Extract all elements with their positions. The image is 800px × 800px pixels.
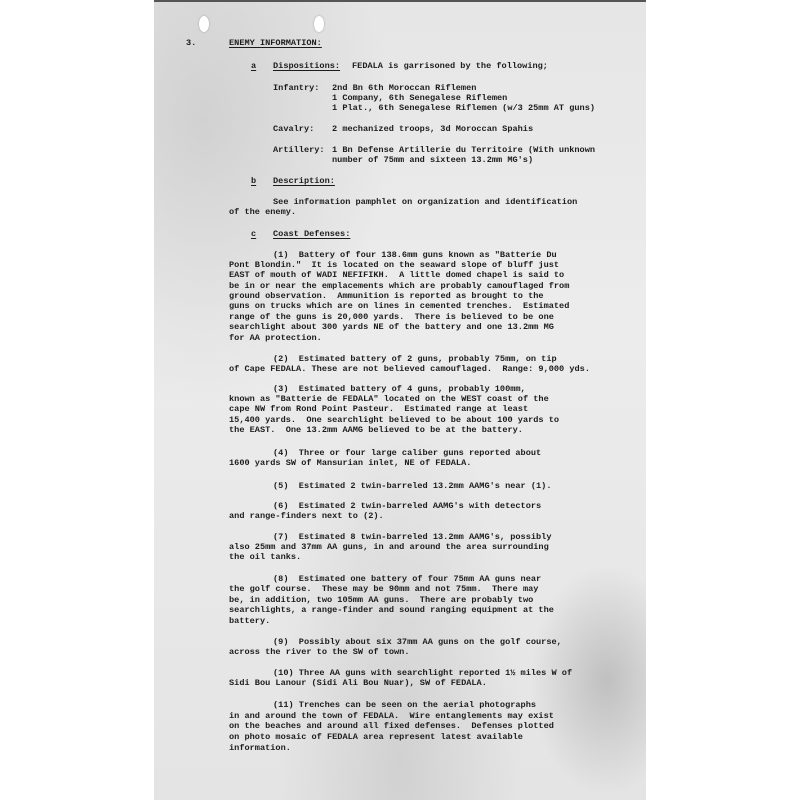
coast-defense-item-11: information. [229, 743, 291, 753]
subsection-a-letter: a [251, 61, 256, 71]
subsection-c-letter: c [251, 229, 256, 239]
coast-defense-item-8: be, in addition, two 105mm AA guns. Ther… [229, 595, 533, 605]
coast-defense-item-9: (9) Possibly about six 37mm AA guns on t… [273, 637, 562, 647]
description-heading: Description: [273, 176, 335, 186]
coast-defense-item-3: known as "Batterie de FEDALA" located on… [229, 394, 549, 404]
description-line: See information pamphlet on organization… [273, 197, 577, 207]
coast-defense-item-11: on the beaches and around all fixed defe… [229, 721, 554, 731]
coast-defense-item-10: Sidi Bou Lanour (Sidi Ali Bou Nuar), SW … [229, 678, 487, 688]
coast-defense-item-7: (7) Estimated 8 twin-barreled 13.2mm AAM… [273, 532, 551, 542]
coast-defense-item-2: of Cape FEDALA. These are not believed c… [229, 364, 590, 374]
cavalry-label: Cavalry: [273, 124, 314, 134]
coast-defense-item-3: the EAST. One 13.2mm AAMG believed to be… [229, 425, 523, 435]
coast-defense-item-11: in and around the town of FEDALA. Wire e… [229, 711, 554, 721]
coast-defense-item-3: 15,400 yards. One searchlight believed t… [229, 415, 559, 425]
coast-defense-item-2: (2) Estimated battery of 2 guns, probabl… [273, 354, 557, 364]
section-title: ENEMY INFORMATION: [229, 38, 322, 48]
artillery-line: 1 Bn Defense Artillerie du Territoire (W… [332, 145, 595, 155]
infantry-line: 1 Plat., 6th Senegalese Riflemen (w/3 25… [332, 103, 595, 113]
coast-defense-item-1: (1) Battery of four 138.6mm guns known a… [273, 250, 557, 260]
coast-defense-item-1: be in or near the emplacements which are… [229, 281, 569, 291]
coast-defense-item-4: 1600 yards SW of Mansurian inlet, NE of … [229, 458, 471, 468]
description-line: of the enemy. [229, 207, 296, 217]
infantry-line: 1 Company, 6th Senegalese Riflemen [332, 93, 507, 103]
coast-defense-item-6: and range-finders next to (2). [229, 511, 384, 521]
cavalry-value: 2 mechanized troops, 3d Moroccan Spahis [332, 124, 533, 134]
punch-hole-left [199, 16, 209, 32]
coast-defense-item-1: EAST of mouth of WADI NEFIFIKH. A little… [229, 270, 564, 280]
artillery-label: Artillery: [273, 145, 325, 155]
subsection-b-letter: b [251, 176, 256, 186]
coast-defense-item-9: across the river to the SW of town. [229, 647, 410, 657]
coast-defense-item-10: (10) Three AA guns with searchlight repo… [273, 668, 572, 678]
coast-defense-item-1: searchlight about 300 yards NE of the ba… [229, 322, 554, 332]
coast-defense-item-11: on photo mosaic of FEDALA area represent… [229, 732, 523, 742]
coast-defense-item-4: (4) Three or four large caliber guns rep… [273, 448, 541, 458]
coast-defense-item-1: ground observation. Ammunition is report… [229, 291, 544, 301]
coast-defense-item-11: (11) Trenches can be seen on the aerial … [273, 700, 536, 710]
coast-defense-item-1: guns on trucks which are on lines in cem… [229, 301, 569, 311]
coast-defense-item-1: Pont Blondin." It is located on the seaw… [229, 260, 559, 270]
coast-defense-item-8: searchlights, a range-finder and sound r… [229, 605, 554, 615]
coast-defense-item-5: (5) Estimated 2 twin-barreled 13.2mm AAM… [273, 481, 551, 491]
coast-defense-item-8: battery. [229, 616, 270, 626]
dispositions-heading: Dispositions: [273, 61, 340, 71]
punch-hole-right [314, 16, 324, 32]
coast-defenses-heading: Coast Defenses: [273, 229, 350, 239]
dispositions-intro: FEDALA is garrisoned by the following; [352, 61, 548, 71]
coast-defense-item-3: (3) Estimated battery of 4 guns, probabl… [273, 384, 526, 394]
coast-defense-item-1: for AA protection. [229, 333, 322, 343]
coast-defense-item-6: (6) Estimated 2 twin-barreled AAMG's wit… [273, 501, 541, 511]
coast-defense-item-7: the oil tanks. [229, 552, 301, 562]
coast-defense-item-7: also 25mm and 37mm AA guns, in and aroun… [229, 542, 549, 552]
infantry-line: 2nd Bn 6th Moroccan Riflemen [332, 83, 476, 93]
coast-defense-item-8: the golf course. These may be 90mm and n… [229, 584, 538, 594]
infantry-label: Infantry: [273, 83, 319, 93]
coast-defense-item-8: (8) Estimated one battery of four 75mm A… [273, 574, 541, 584]
coast-defense-item-1: range of the guns is 20,000 yards. There… [229, 312, 554, 322]
artillery-line: number of 75mm and sixteen 13.2mm MG's) [332, 155, 533, 165]
coast-defense-item-3: cape NW from Rond Point Pasteur. Estimat… [229, 404, 528, 414]
section-number: 3. [186, 38, 196, 48]
